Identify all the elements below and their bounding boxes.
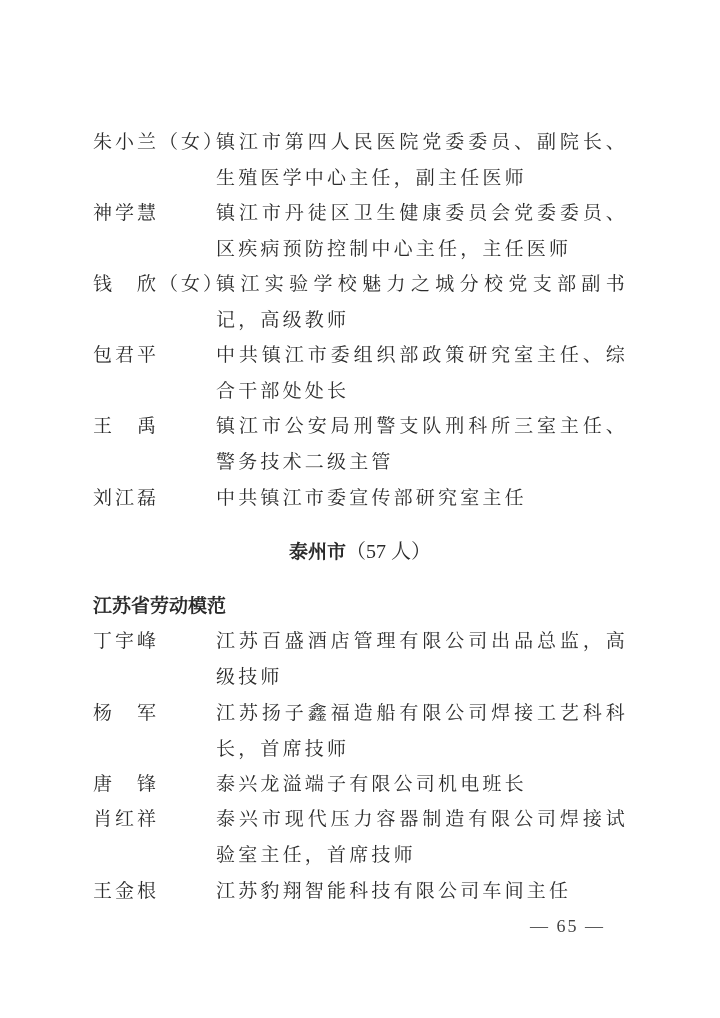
- person-title: 江苏百盛酒店管理有限公司出品总监，高级技师: [216, 624, 628, 695]
- person-title: 泰兴龙溢端子有限公司机电班长: [216, 767, 628, 803]
- person-name: 钱 欣（女）: [93, 267, 216, 303]
- person-name: 朱小兰（女）: [93, 125, 216, 161]
- person-name: 王金根: [93, 874, 216, 910]
- person-title: 江苏扬子鑫福造船有限公司焊接工艺科科长，首席技师: [216, 696, 628, 767]
- person-title: 镇江市丹徒区卫生健康委员会党委委员、区疾病预防控制中心主任，主任医师: [216, 196, 628, 267]
- person-name: 包君平: [93, 338, 216, 374]
- person-title: 镇江实验学校魅力之城分校党支部副书记，高级教师: [216, 267, 628, 338]
- person-name: 丁宇峰: [93, 624, 216, 660]
- person-title: 泰兴市现代压力容器制造有限公司焊接试验室主任，首席技师: [216, 802, 628, 873]
- person-title: 镇江市公安局刑警支队刑科所三室主任、警务技术二级主管: [216, 409, 628, 480]
- person-title: 中共镇江市委组织部政策研究室主任、综合干部处处长: [216, 338, 628, 409]
- person-name: 唐 锋: [93, 767, 216, 803]
- page-number: — 65 —: [530, 916, 605, 937]
- person-name: 肖红祥: [93, 802, 216, 838]
- person-title: 中共镇江市委宣传部研究室主任: [216, 481, 628, 517]
- city-heading: 泰州市（57 人）: [0, 536, 720, 568]
- person-name: 王 禹: [93, 409, 216, 445]
- person-title: 镇江市第四人民医院党委委员、副院长、生殖医学中心主任，副主任医师: [216, 125, 628, 196]
- person-title: 江苏豹翔智能科技有限公司车间主任: [216, 874, 628, 910]
- city-name: 泰州市: [289, 541, 346, 563]
- person-name: 刘江磊: [93, 481, 216, 517]
- person-name: 杨 军: [93, 696, 216, 732]
- person-name: 神学慧: [93, 196, 216, 232]
- section-title: 江苏省劳动模范: [93, 590, 226, 622]
- city-count: （57 人）: [346, 541, 431, 563]
